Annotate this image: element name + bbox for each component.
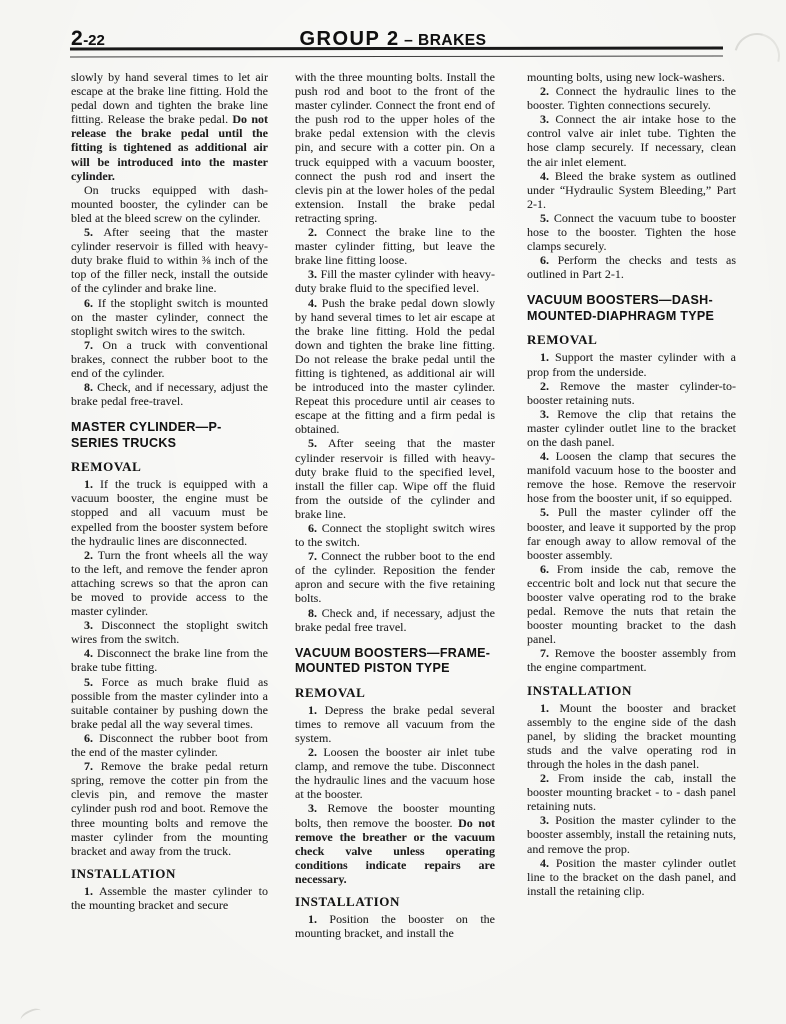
paragraph: 5. After seeing that the master cylinder… xyxy=(295,436,495,521)
paragraph: 4. Loosen the clamp that secures the man… xyxy=(527,449,736,505)
paragraph: 6. Disconnect the rubber boot from the e… xyxy=(71,731,268,759)
paragraph: 2. From inside the cab, install the boos… xyxy=(527,771,736,813)
paragraph: 5. After seeing that the master cylinder… xyxy=(71,225,268,295)
section-heading: VACUUM BOOSTERS—FRAME-MOUNTED PISTON TYP… xyxy=(295,646,495,677)
procedure-heading: INSTALLATION xyxy=(527,683,736,698)
procedure-heading: REMOVAL xyxy=(527,332,736,347)
paragraph: 3. Remove the clip that retains the mast… xyxy=(527,407,736,449)
paragraph: 4. Push the brake pedal down slowly by h… xyxy=(295,296,495,437)
paragraph: 8. Check, and if necessary, adjust the b… xyxy=(71,380,268,408)
procedure-heading: INSTALLATION xyxy=(71,866,268,881)
paragraph: 4. Disconnect the brake line from the br… xyxy=(71,646,268,674)
paragraph: 3. Position the master cylinder to the b… xyxy=(527,813,736,855)
paragraph: 5. Force as much brake fluid as possible… xyxy=(71,675,268,731)
procedure-heading: INSTALLATION xyxy=(295,894,495,909)
scanned-manual-page: 2-22 GROUP 2 – BRAKES slowly by hand sev… xyxy=(0,0,786,1024)
paragraph: 4. Bleed the brake system as outlined un… xyxy=(527,169,736,211)
paragraph: 2. Connect the brake line to the master … xyxy=(295,225,495,267)
column-3: mounting bolts, using new lock-washers.2… xyxy=(527,70,736,898)
paragraph: 6. From inside the cab, remove the eccen… xyxy=(527,562,736,647)
paragraph: 2. Connect the hydraulic lines to the bo… xyxy=(527,84,736,112)
paragraph: 2. Loosen the booster air inlet tube cla… xyxy=(295,745,495,801)
paragraph: 5. Pull the master cylinder off the boos… xyxy=(527,505,736,561)
column-2: with the three mounting bolts. Install t… xyxy=(295,70,495,940)
section-heading: MASTER CYLINDER—P-SERIES TRUCKS xyxy=(71,420,268,451)
paragraph: with the three mounting bolts. Install t… xyxy=(295,70,495,225)
paragraph: 5. Connect the vacuum tube to booster ho… xyxy=(527,211,736,253)
paragraph: 3. Fill the master cylinder with heavy-d… xyxy=(295,267,495,295)
section-heading: VACUUM BOOSTERS—DASH-MOUNTED-DIAPHRAGM T… xyxy=(527,293,736,324)
paragraph: 1. Assemble the master cylinder to the m… xyxy=(71,884,268,912)
paragraph: 7. Connect the rubber boot to the end of… xyxy=(295,549,495,605)
paragraph: 6. Perform the checks and tests as outli… xyxy=(527,253,736,281)
paragraph: 6. Connect the stoplight switch wires to… xyxy=(295,521,495,549)
paragraph: 1. Position the booster on the mounting … xyxy=(295,912,495,940)
paragraph: 7. On a truck with conventional brakes, … xyxy=(71,338,268,380)
procedure-heading: REMOVAL xyxy=(295,685,495,700)
header-rule xyxy=(70,47,723,58)
paragraph: 2. Remove the master cylinder-to-booster… xyxy=(527,379,736,407)
paragraph: 1. If the truck is equipped with a vacuu… xyxy=(71,477,268,547)
paragraph: slowly by hand several times to let air … xyxy=(71,70,268,183)
paragraph: 1. Depress the brake pedal several times… xyxy=(295,703,495,745)
paragraph: On trucks equipped with dash-mounted boo… xyxy=(71,183,268,225)
paragraph: 3. Remove the booster mounting bolts, th… xyxy=(295,801,495,886)
scan-artifact-smudge xyxy=(19,1006,44,1024)
paragraph: mounting bolts, using new lock-washers. xyxy=(527,70,736,84)
text-columns: slowly by hand several times to let air … xyxy=(71,70,736,940)
paragraph: 3. Connect the air intake hose to the co… xyxy=(527,112,736,168)
paragraph: 1. Mount the booster and bracket assembl… xyxy=(527,701,736,771)
paragraph: 2. Turn the front wheels all the way to … xyxy=(71,548,268,618)
paragraph: 1. Support the master cylinder with a pr… xyxy=(527,350,736,378)
paragraph: 8. Check and, if necessary, adjust the b… xyxy=(295,606,495,634)
procedure-heading: REMOVAL xyxy=(71,459,268,474)
paragraph: 7. Remove the booster assembly from the … xyxy=(527,646,736,674)
column-1: slowly by hand several times to let air … xyxy=(71,70,268,912)
paragraph: 4. Position the master cylinder outlet l… xyxy=(527,856,736,898)
paragraph: 6. If the stoplight switch is mounted on… xyxy=(71,296,268,338)
paragraph: 3. Disconnect the stoplight switch wires… xyxy=(71,618,268,646)
paragraph: 7. Remove the brake pedal return spring,… xyxy=(71,759,268,858)
